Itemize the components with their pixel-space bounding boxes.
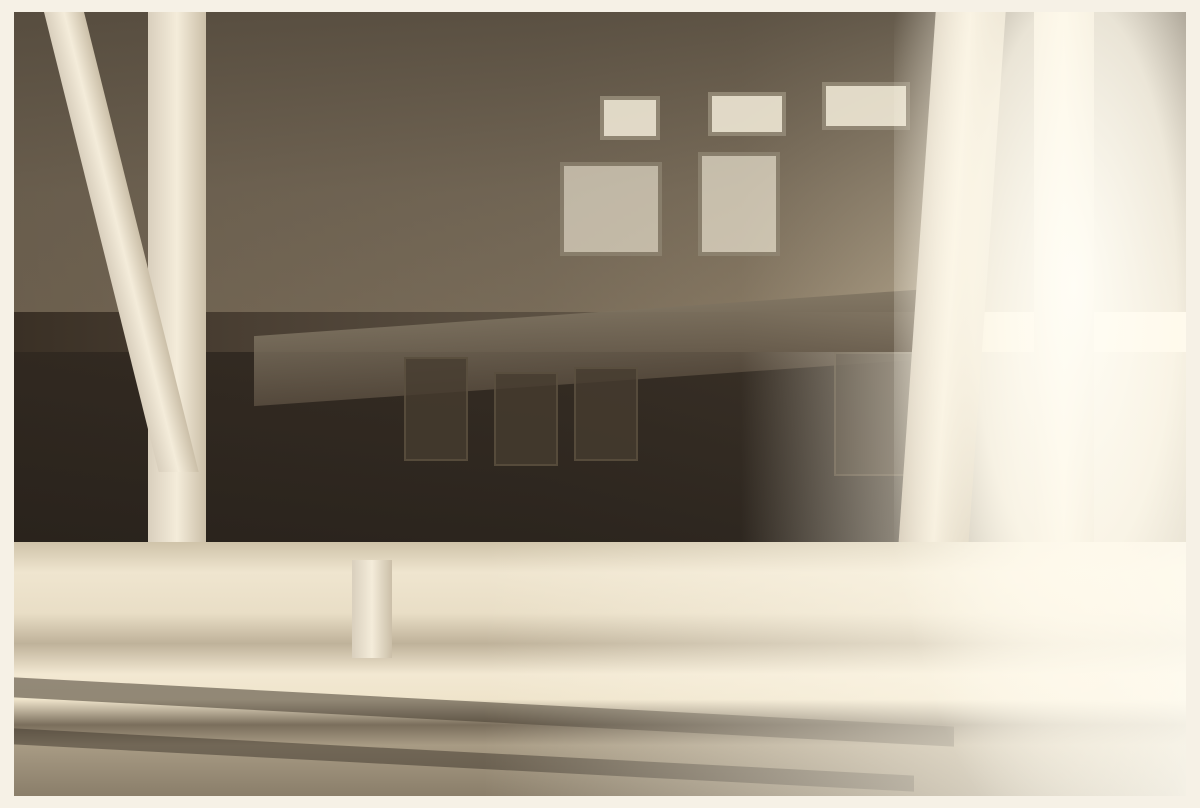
light-flare bbox=[894, 12, 1186, 796]
back-window-4 bbox=[560, 162, 662, 256]
photo-print-border bbox=[0, 0, 1200, 808]
back-window-5 bbox=[698, 152, 780, 256]
back-window-1 bbox=[600, 96, 660, 140]
photograph bbox=[14, 12, 1186, 796]
back-window-2 bbox=[708, 92, 786, 136]
window-frame-left-vertical bbox=[148, 12, 206, 560]
